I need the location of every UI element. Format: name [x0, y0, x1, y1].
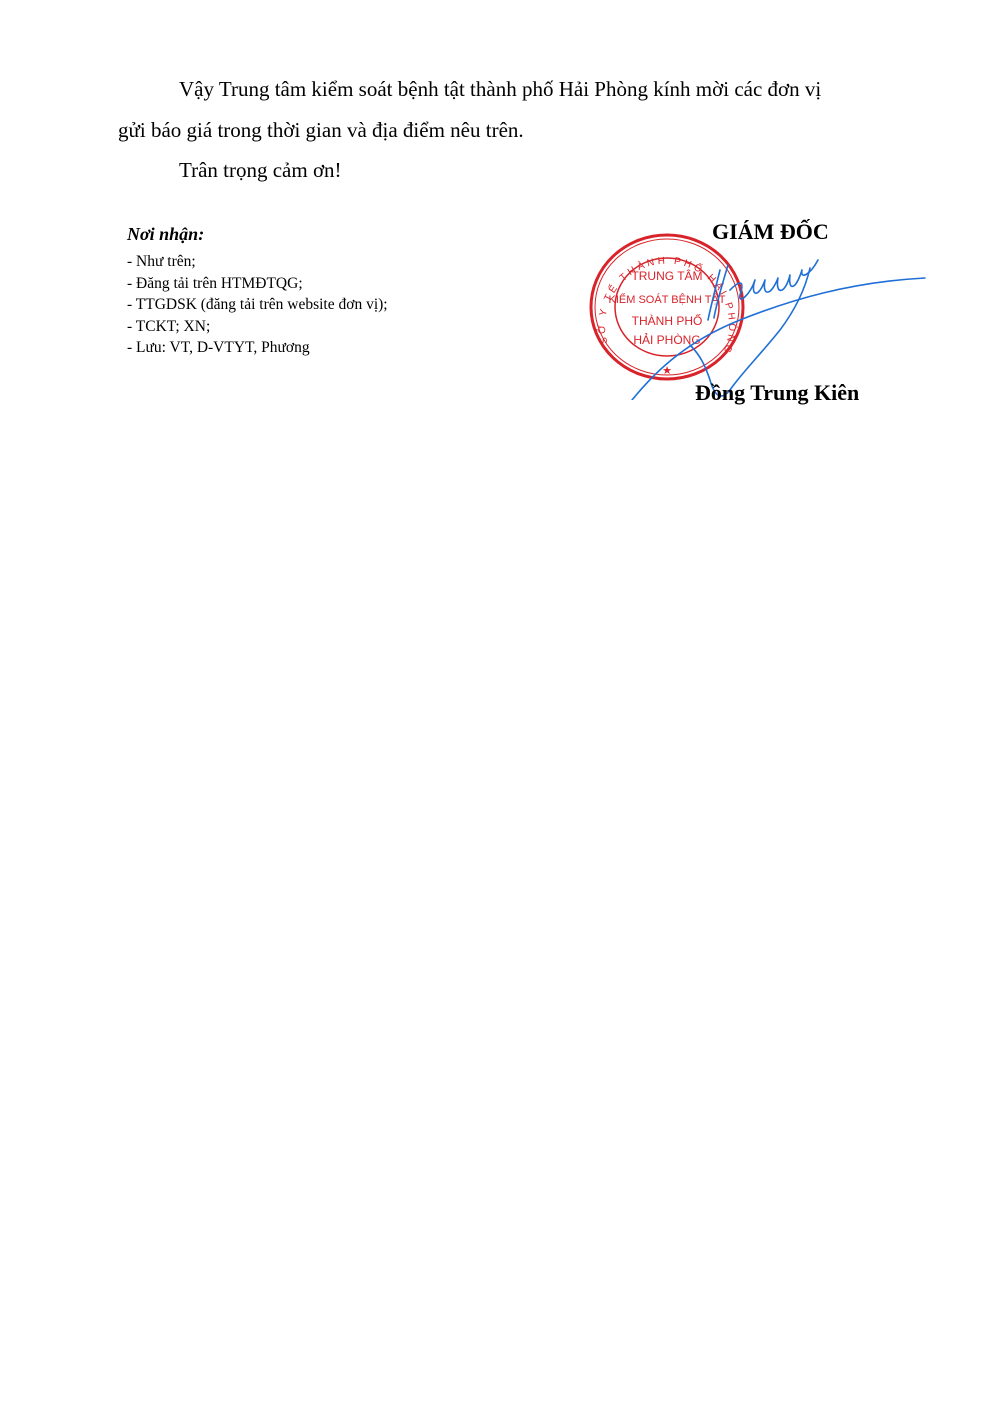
signer-name: Đồng Trung Kiên: [695, 380, 859, 406]
recipient-item: - Như trên;: [127, 251, 388, 273]
handwritten-signature: [590, 250, 930, 400]
recipient-item: - TTGDSK (đăng tải trên website đơn vị);: [127, 294, 388, 316]
recipients-list: - Như trên; - Đăng tải trên HTMĐTQG; - T…: [127, 251, 388, 359]
closing-thanks: Trân trọng cảm ơn!: [179, 160, 342, 181]
recipients-title: Nơi nhận:: [127, 224, 204, 245]
body-paragraph: Vậy Trung tâm kiểm soát bệnh tật thành p…: [179, 79, 821, 100]
body-paragraph-continuation: gửi báo giá trong thời gian và địa điểm …: [118, 120, 524, 141]
recipient-item: - Lưu: VT, D-VTYT, Phương: [127, 337, 388, 359]
recipient-item: - Đăng tải trên HTMĐTQG;: [127, 273, 388, 295]
recipient-item: - TCKT; XN;: [127, 316, 388, 338]
